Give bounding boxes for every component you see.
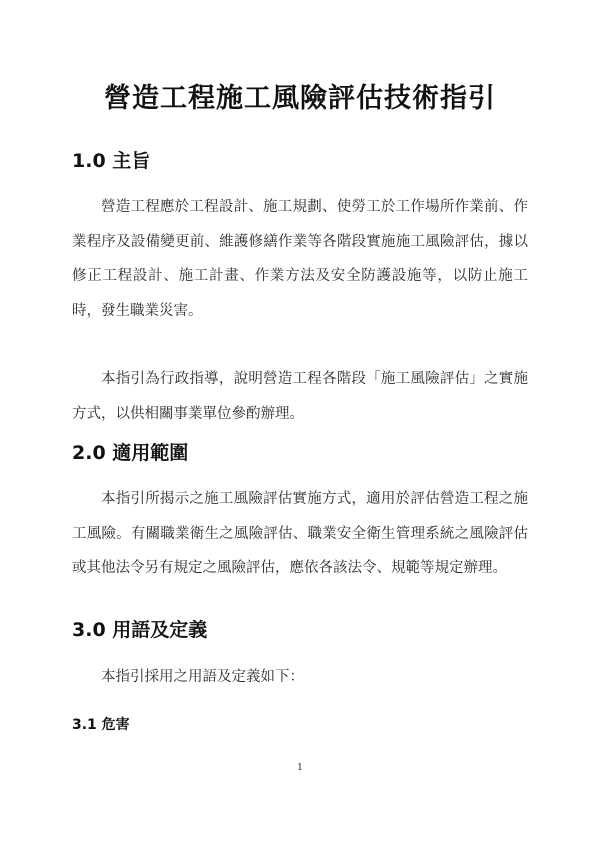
section-heading-definitions: 3.0 用語及定義 xyxy=(72,615,207,642)
section-heading-scope: 2.0 適用範圍 xyxy=(72,438,188,465)
document-page: 營造工程施工風險評估技術指引 1.0 主旨 營造工程應於工程設計、施工規劃、使勞… xyxy=(0,0,600,849)
document-title: 營造工程施工風險評估技術指引 xyxy=(0,76,600,115)
paragraph-purpose-2: 本指引為行政指導，說明營造工程各階段「施工風險評估」之實施方式，以供相關事業單位… xyxy=(72,362,528,431)
paragraph-purpose-1: 營造工程應於工程設計、施工規劃、使勞工於工作場所作業前、作業程序及設備變更前、維… xyxy=(72,190,528,328)
paragraph-definitions-intro: 本指引採用之用語及定義如下： xyxy=(72,660,528,695)
paragraph-scope-1: 本指引所揭示之施工風險評估實施方式，適用於評估營造工程之施工風險。有關職業衛生之… xyxy=(72,482,528,586)
subsection-heading-hazard: 3.1 危害 xyxy=(72,714,130,734)
section-heading-purpose: 1.0 主旨 xyxy=(72,146,150,173)
page-number: 1 xyxy=(0,763,600,773)
